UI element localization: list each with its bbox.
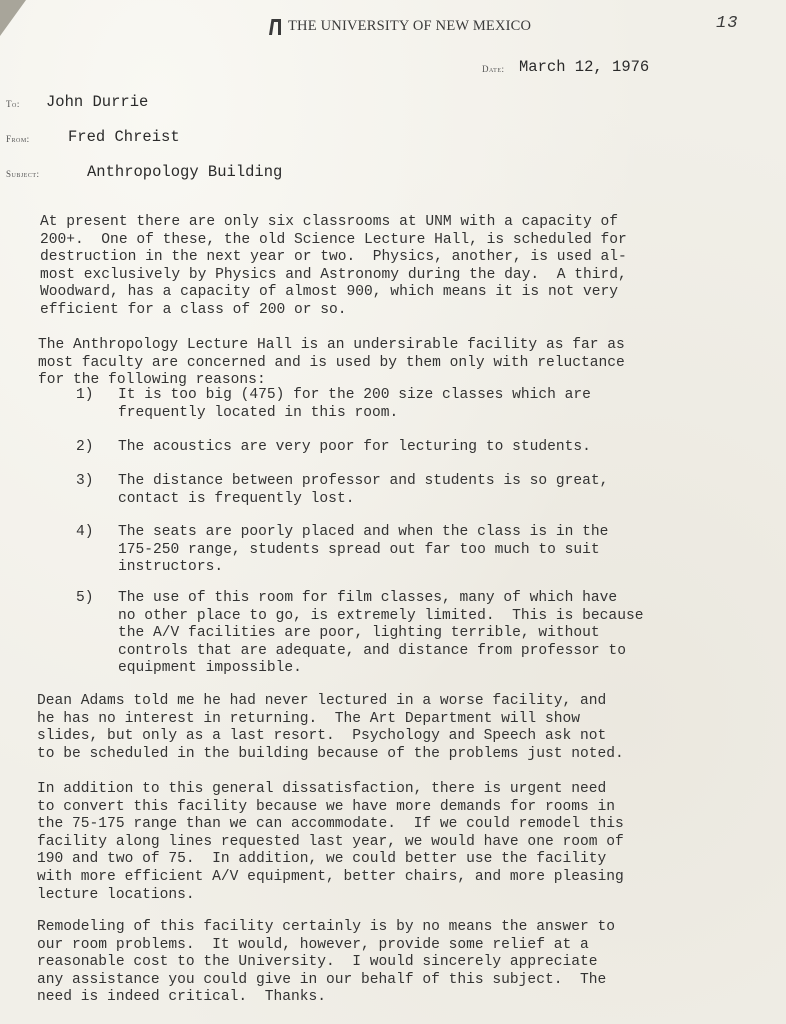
reason-number: 5) (76, 590, 94, 608)
subject-value: Anthropology Building (87, 163, 282, 181)
date-label: Date: (482, 64, 505, 74)
to-value: John Durrie (46, 93, 148, 111)
reason-item: The seats are poorly placed and when the… (118, 524, 608, 577)
paragraph-dean-adams: Dean Adams told me he had never lectured… (37, 693, 624, 763)
unm-logo-icon (268, 18, 282, 35)
reason-item: The distance between professor and stude… (118, 473, 608, 508)
from-label: From: (6, 134, 30, 144)
institution-name: THE UNIVERSITY OF NEW MEXICO (288, 18, 531, 35)
to-label: To: (6, 99, 20, 109)
page-number: 13 (716, 14, 738, 33)
from-value: Fred Chreist (68, 128, 180, 146)
paragraph-classroom-capacity: At present there are only six classrooms… (40, 214, 627, 320)
reason-item: It is too big (475) for the 200 size cla… (118, 387, 591, 422)
reason-number: 1) (76, 387, 94, 405)
reason-number: 2) (76, 439, 94, 457)
paragraph-lecture-hall-intro: The Anthropology Lecture Hall is an unde… (38, 337, 625, 390)
folded-page-corner (0, 0, 26, 36)
paragraph-urgent-need: In addition to this general dissatisfact… (37, 781, 624, 904)
reason-item: The acoustics are very poor for lecturin… (118, 439, 591, 457)
reason-item: The use of this room for film classes, m… (118, 590, 643, 678)
reason-number: 3) (76, 473, 94, 491)
letterhead: THE UNIVERSITY OF NEW MEXICO (268, 18, 531, 35)
date-value: March 12, 1976 (519, 58, 649, 76)
reason-number: 4) (76, 524, 94, 542)
paragraph-closing: Remodeling of this facility certainly is… (37, 919, 615, 1007)
subject-label: Subject: (6, 169, 40, 179)
